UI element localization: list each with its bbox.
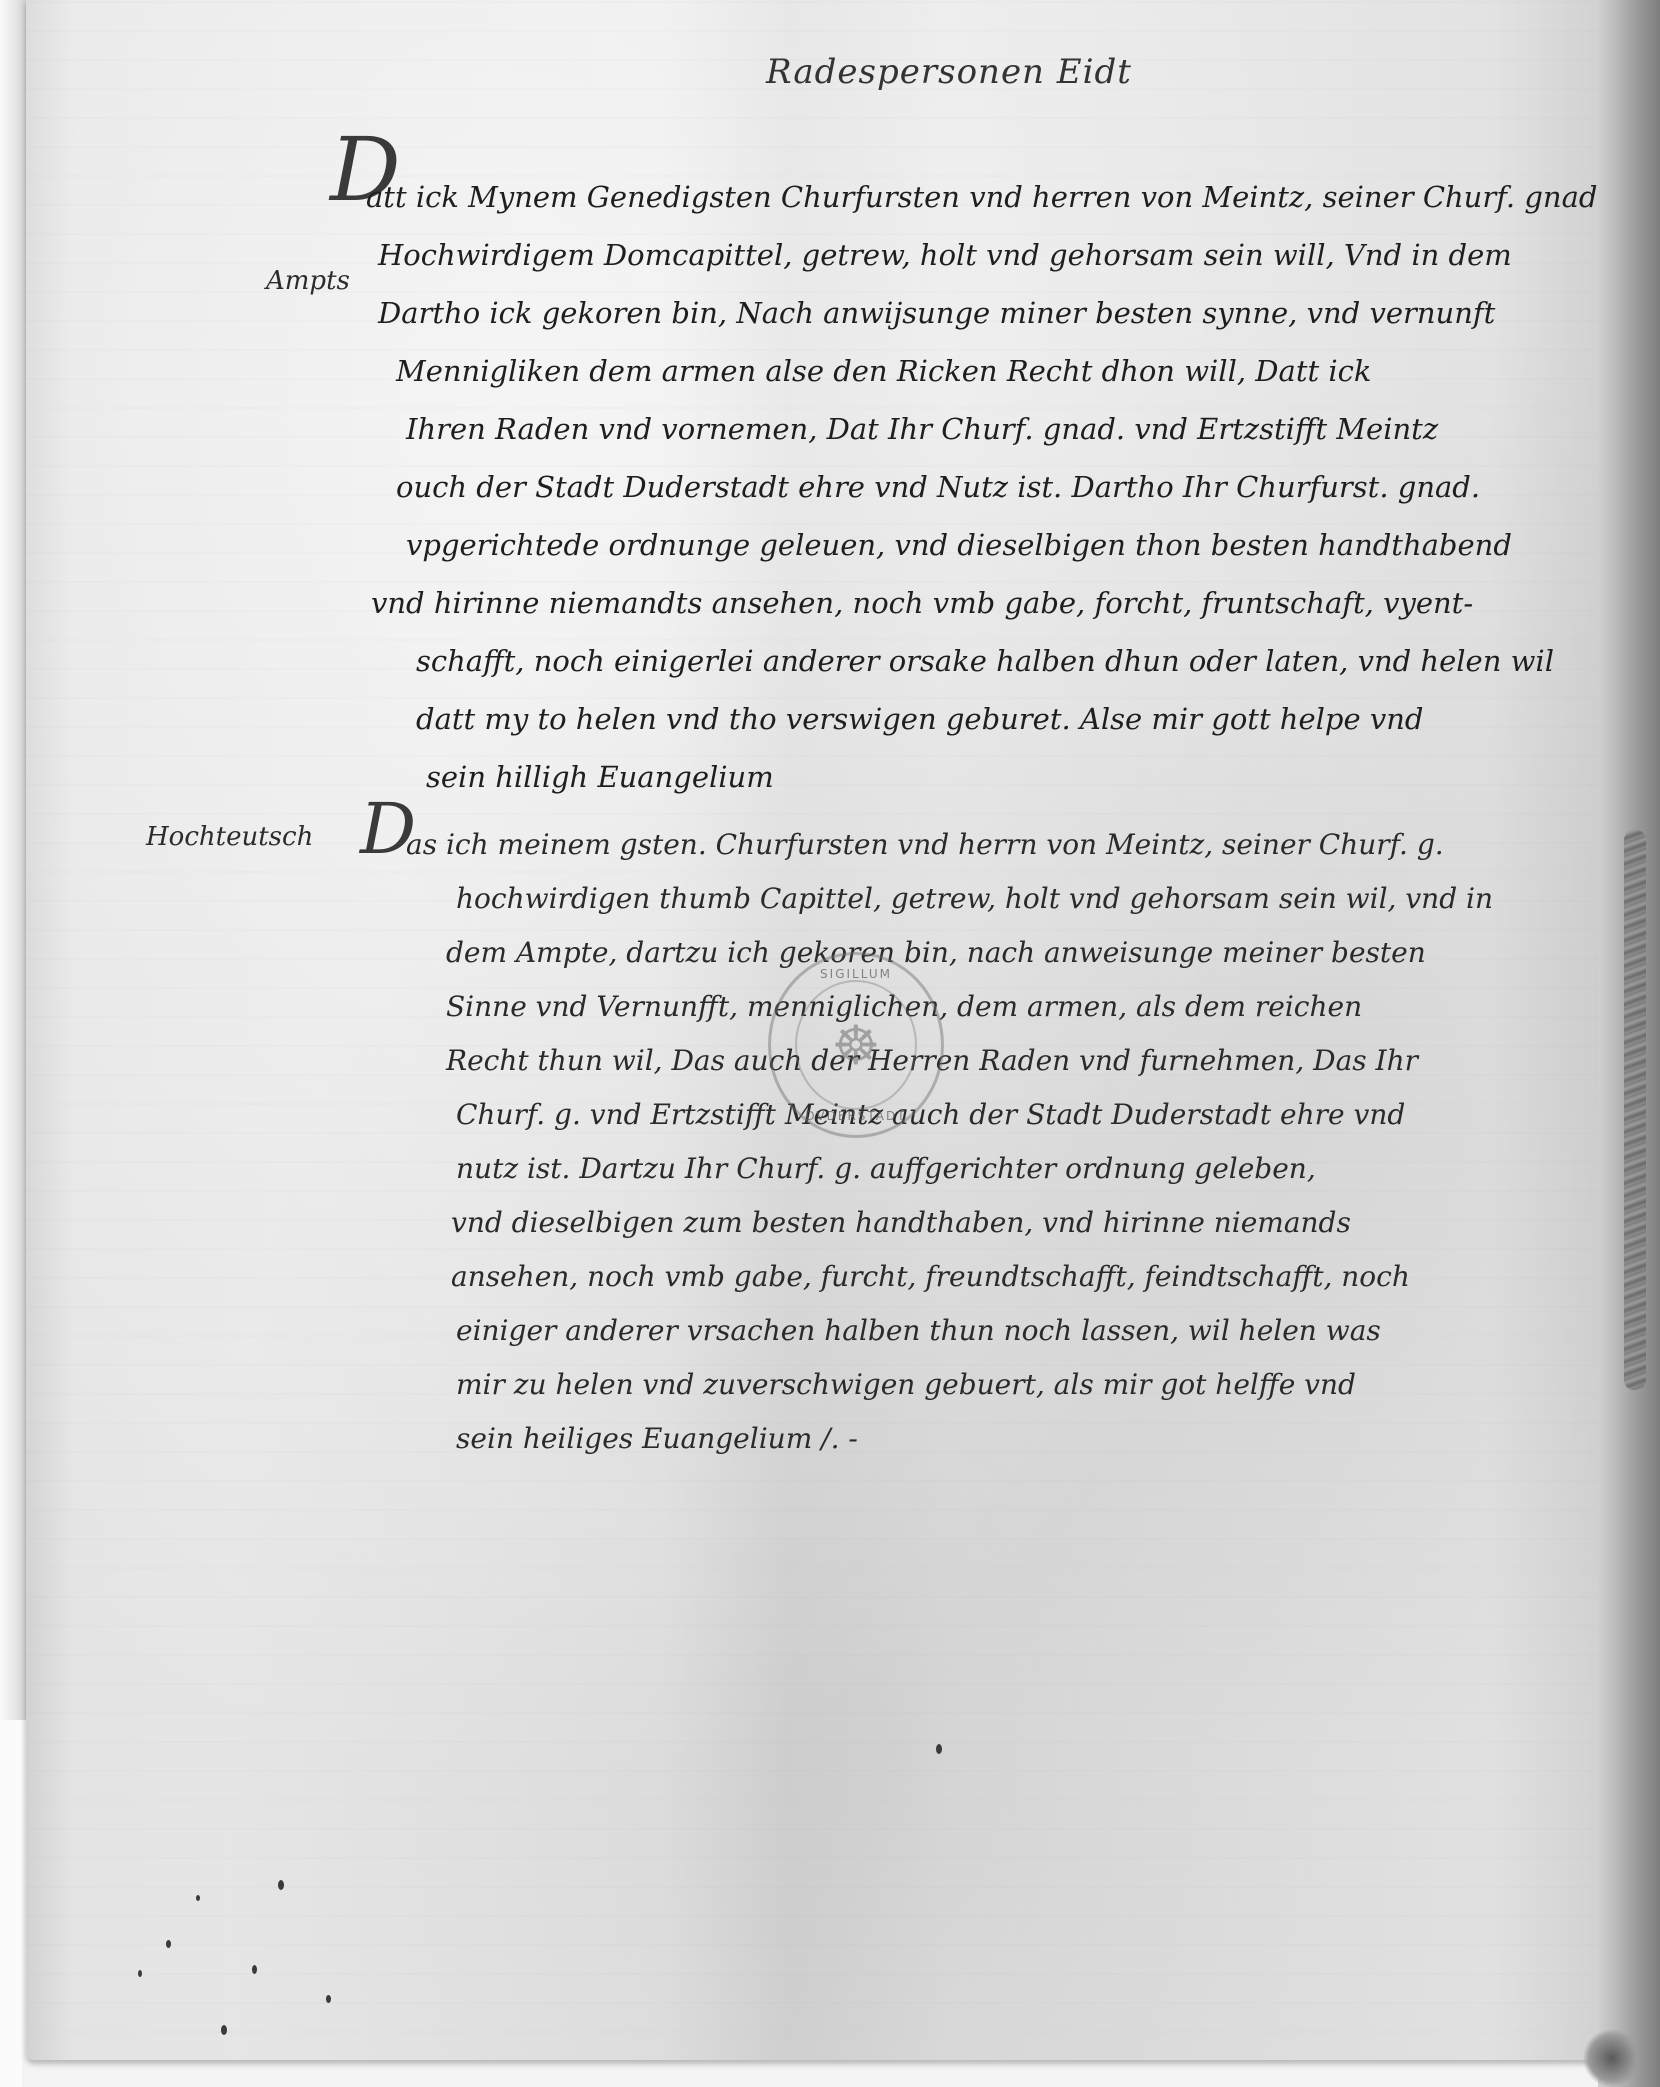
page-title: Radespersonen Eidt — [766, 52, 1132, 92]
text-line: vpgerichtede ordnunge geleuen, vnd diese… — [406, 516, 1656, 574]
section-2-text: as ich meinem gsten. Churfursten vnd her… — [376, 818, 1656, 1466]
text-line: einiger anderer vrsachen halben thun noc… — [456, 1304, 1656, 1358]
section-1-text: att ick Mynem Genedigsten Churfursten vn… — [366, 168, 1656, 806]
scan-left-background — [0, 1720, 22, 2087]
ink-spot — [252, 1965, 257, 1974]
text-line: as ich meinem gsten. Churfursten vnd her… — [406, 818, 1656, 872]
text-line: ouch der Stadt Duderstadt ehre vnd Nutz … — [396, 458, 1656, 516]
text-line: Dartho ick gekoren bin, Nach anwijsunge … — [378, 284, 1656, 342]
stamp-inner-ring: ☸ — [795, 980, 917, 1110]
ink-spot — [196, 1895, 200, 1901]
text-line: vnd dieselbigen zum besten handthaben, v… — [451, 1196, 1656, 1250]
scan-left-edge — [0, 0, 26, 1720]
text-line: att ick Mynem Genedigsten Churfursten vn… — [366, 168, 1656, 226]
text-line: schafft, noch einigerlei anderer orsake … — [416, 632, 1656, 690]
text-line: Sinne vnd Vernunfft, menniglichen, dem a… — [446, 980, 1656, 1034]
text-line: hochwirdigen thumb Capittel, getrew, hol… — [456, 872, 1656, 926]
archive-stamp: SIGILLUM ☸ DVDERSTADT — [768, 952, 944, 1138]
text-line: Hochwirdigem Domcapittel, getrew, holt v… — [378, 226, 1656, 284]
text-line: vnd hirinne niemandts ansehen, noch vmb … — [371, 574, 1656, 632]
text-line: mir zu helen vnd zuverschwigen gebuert, … — [456, 1358, 1656, 1412]
ink-spot — [326, 1995, 331, 2003]
text-line: sein heiliges Euangelium /. - — [456, 1412, 1656, 1466]
binding-knot — [1582, 2029, 1642, 2087]
manuscript-page: Radespersonen Eidt D Ampts att ick Mynem… — [26, 0, 1616, 2060]
section-2-margin-label: Hochteutsch — [146, 822, 313, 852]
text-line: datt my to helen vnd tho verswigen gebur… — [416, 690, 1656, 748]
stamp-text-bottom: DVDERSTADT — [771, 1109, 941, 1123]
text-line: Ihren Raden vnd vornemen, Dat Ihr Churf.… — [406, 400, 1656, 458]
text-line: dem Ampte, dartzu ich gekoren bin, nach … — [446, 926, 1656, 980]
ink-spot — [221, 2025, 227, 2035]
text-line: ansehen, noch vmb gabe, furcht, freundts… — [451, 1250, 1656, 1304]
ink-spot — [166, 1940, 171, 1948]
ink-spot — [138, 1970, 142, 1977]
text-line: Recht thun wil, Das auch der Herren Rade… — [446, 1034, 1656, 1088]
wheel-emblem-icon: ☸ — [832, 1014, 880, 1077]
text-line: Mennigliken dem armen alse den Ricken Re… — [396, 342, 1656, 400]
ink-spot — [278, 1880, 284, 1890]
binding-cord — [1624, 830, 1646, 1390]
ink-spot — [936, 1744, 942, 1754]
text-line: nutz ist. Dartzu Ihr Churf. g. auffgeric… — [456, 1142, 1656, 1196]
text-line: sein hilligh Euangelium — [426, 748, 1656, 806]
section-1-margin-label: Ampts — [266, 266, 350, 296]
text-line: Churf. g. vnd Ertzstifft Meintz auch der… — [456, 1088, 1656, 1142]
stamp-text-top: SIGILLUM — [771, 967, 941, 981]
